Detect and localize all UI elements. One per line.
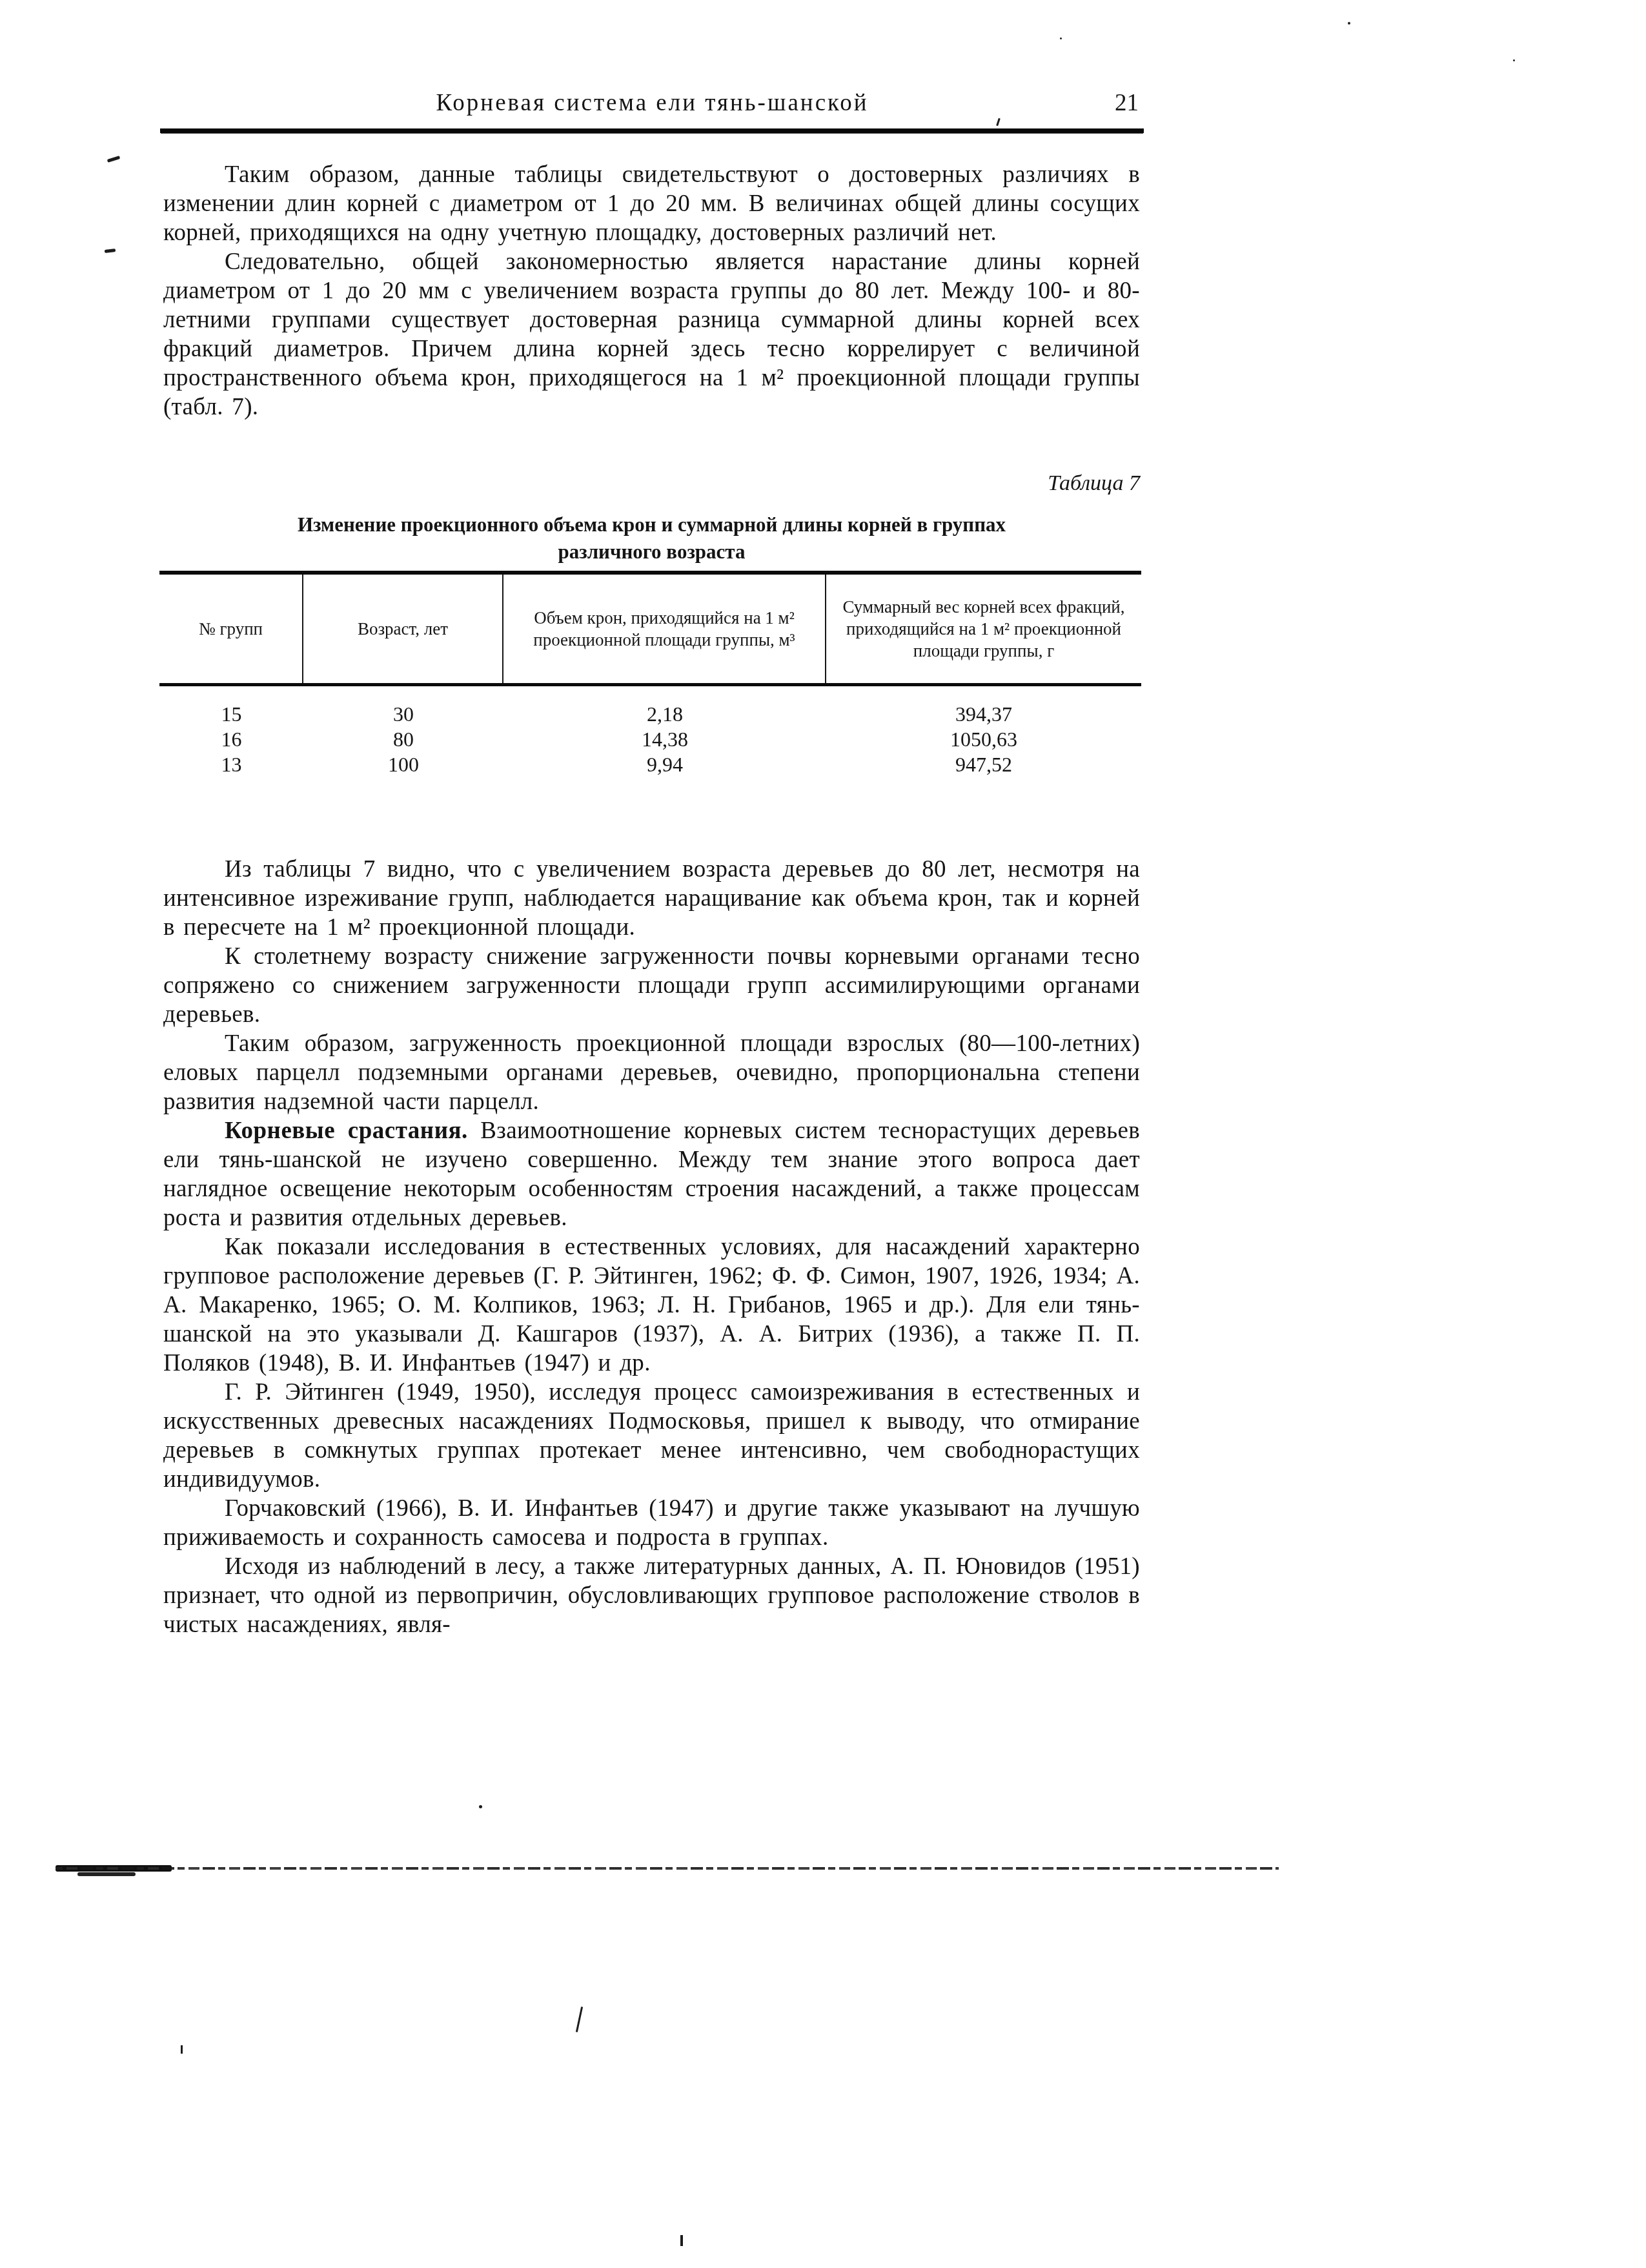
paragraph: Таким образом, данные таблицы свидетельс… <box>163 160 1140 247</box>
scan-artifact-line <box>56 1867 1279 1870</box>
running-head: Корневая система ели тянь-шанской 21 <box>163 89 1141 123</box>
column-header-age: Возраст, лет <box>303 575 503 683</box>
cell-group-number: 13 <box>159 753 303 777</box>
column-header-group-number: № групп <box>159 575 303 683</box>
scan-speck <box>680 2235 683 2246</box>
table-row: 13 100 9,94 947,52 <box>159 752 1141 777</box>
cell-age: 100 <box>303 753 503 777</box>
scan-smudge <box>77 1872 136 1876</box>
paragraph: Следовательно, общей закономерностью явл… <box>163 247 1140 422</box>
scanned-book-page: Корневая система ели тянь-шанской 21 Так… <box>0 0 1646 2268</box>
paragraph: Исходя из наблюдений в лесу, а также лит… <box>163 1552 1140 1639</box>
scan-speck <box>181 2045 183 2054</box>
scan-speck <box>576 2007 583 2032</box>
paragraph: К столетнему возрасту снижение загруженн… <box>163 942 1140 1029</box>
scan-speck <box>1348 22 1350 25</box>
cell-group-number: 15 <box>159 702 303 726</box>
cell-age: 30 <box>303 702 503 726</box>
paragraph: Из таблицы 7 видно, что с увеличением во… <box>163 855 1140 942</box>
paragraph: Таким образом, загруженность проекционно… <box>163 1029 1140 1116</box>
cell-root-weight: 1050,63 <box>826 728 1141 751</box>
cell-crown-volume: 14,38 <box>503 728 826 751</box>
paragraph: Горчаковский (1966), В. И. Инфантьев (19… <box>163 1494 1140 1552</box>
paragraph-lead-bold: Корневые срастания. <box>225 1118 468 1144</box>
body-text-lower: Из таблицы 7 видно, что с увеличением во… <box>163 855 1140 1639</box>
header-rule <box>160 128 1144 133</box>
table-row: 15 30 2,18 394,37 <box>159 702 1141 727</box>
table-row: 16 80 14,38 1050,63 <box>159 727 1141 752</box>
cell-age: 80 <box>303 728 503 751</box>
table-label: Таблица 7 <box>163 471 1140 496</box>
table-7: № групп Возраст, лет Объем крон, приходя… <box>159 571 1141 777</box>
paragraph-root-grafting: Корневые срастания. Взаимоотношение корн… <box>163 1116 1140 1232</box>
scan-speck <box>1060 37 1062 39</box>
scan-speck <box>479 1805 482 1808</box>
cell-crown-volume: 2,18 <box>503 702 826 726</box>
margin-mark <box>105 249 116 253</box>
cell-root-weight: 947,52 <box>826 753 1141 777</box>
cell-root-weight: 394,37 <box>826 702 1141 726</box>
running-title: Корневая система ели тянь-шанской <box>163 89 1141 117</box>
page-number: 21 <box>1115 89 1139 117</box>
column-header-crown-volume: Объем крон, приходящийся на 1 м² проекци… <box>503 575 826 683</box>
table-body: 15 30 2,18 394,37 16 80 14,38 1050,63 13… <box>159 686 1141 777</box>
table-caption-text: Изменение проекционного объема крон и су… <box>268 511 1036 566</box>
paragraph: Г. Р. Эйтинген (1949, 1950), исследуя пр… <box>163 1378 1140 1494</box>
cell-crown-volume: 9,94 <box>503 753 826 777</box>
scan-speck <box>1513 59 1515 61</box>
cell-group-number: 16 <box>159 728 303 751</box>
table-header-row: № групп Возраст, лет Объем крон, приходя… <box>159 571 1141 686</box>
body-text-upper: Таким образом, данные таблицы свидетельс… <box>163 160 1140 422</box>
margin-mark <box>107 156 121 163</box>
column-header-root-weight: Суммарный вес корней всех фракций, прихо… <box>826 575 1141 683</box>
table-caption: Изменение проекционного объема крон и су… <box>163 511 1140 566</box>
paragraph: Как показали исследования в естественных… <box>163 1232 1140 1378</box>
